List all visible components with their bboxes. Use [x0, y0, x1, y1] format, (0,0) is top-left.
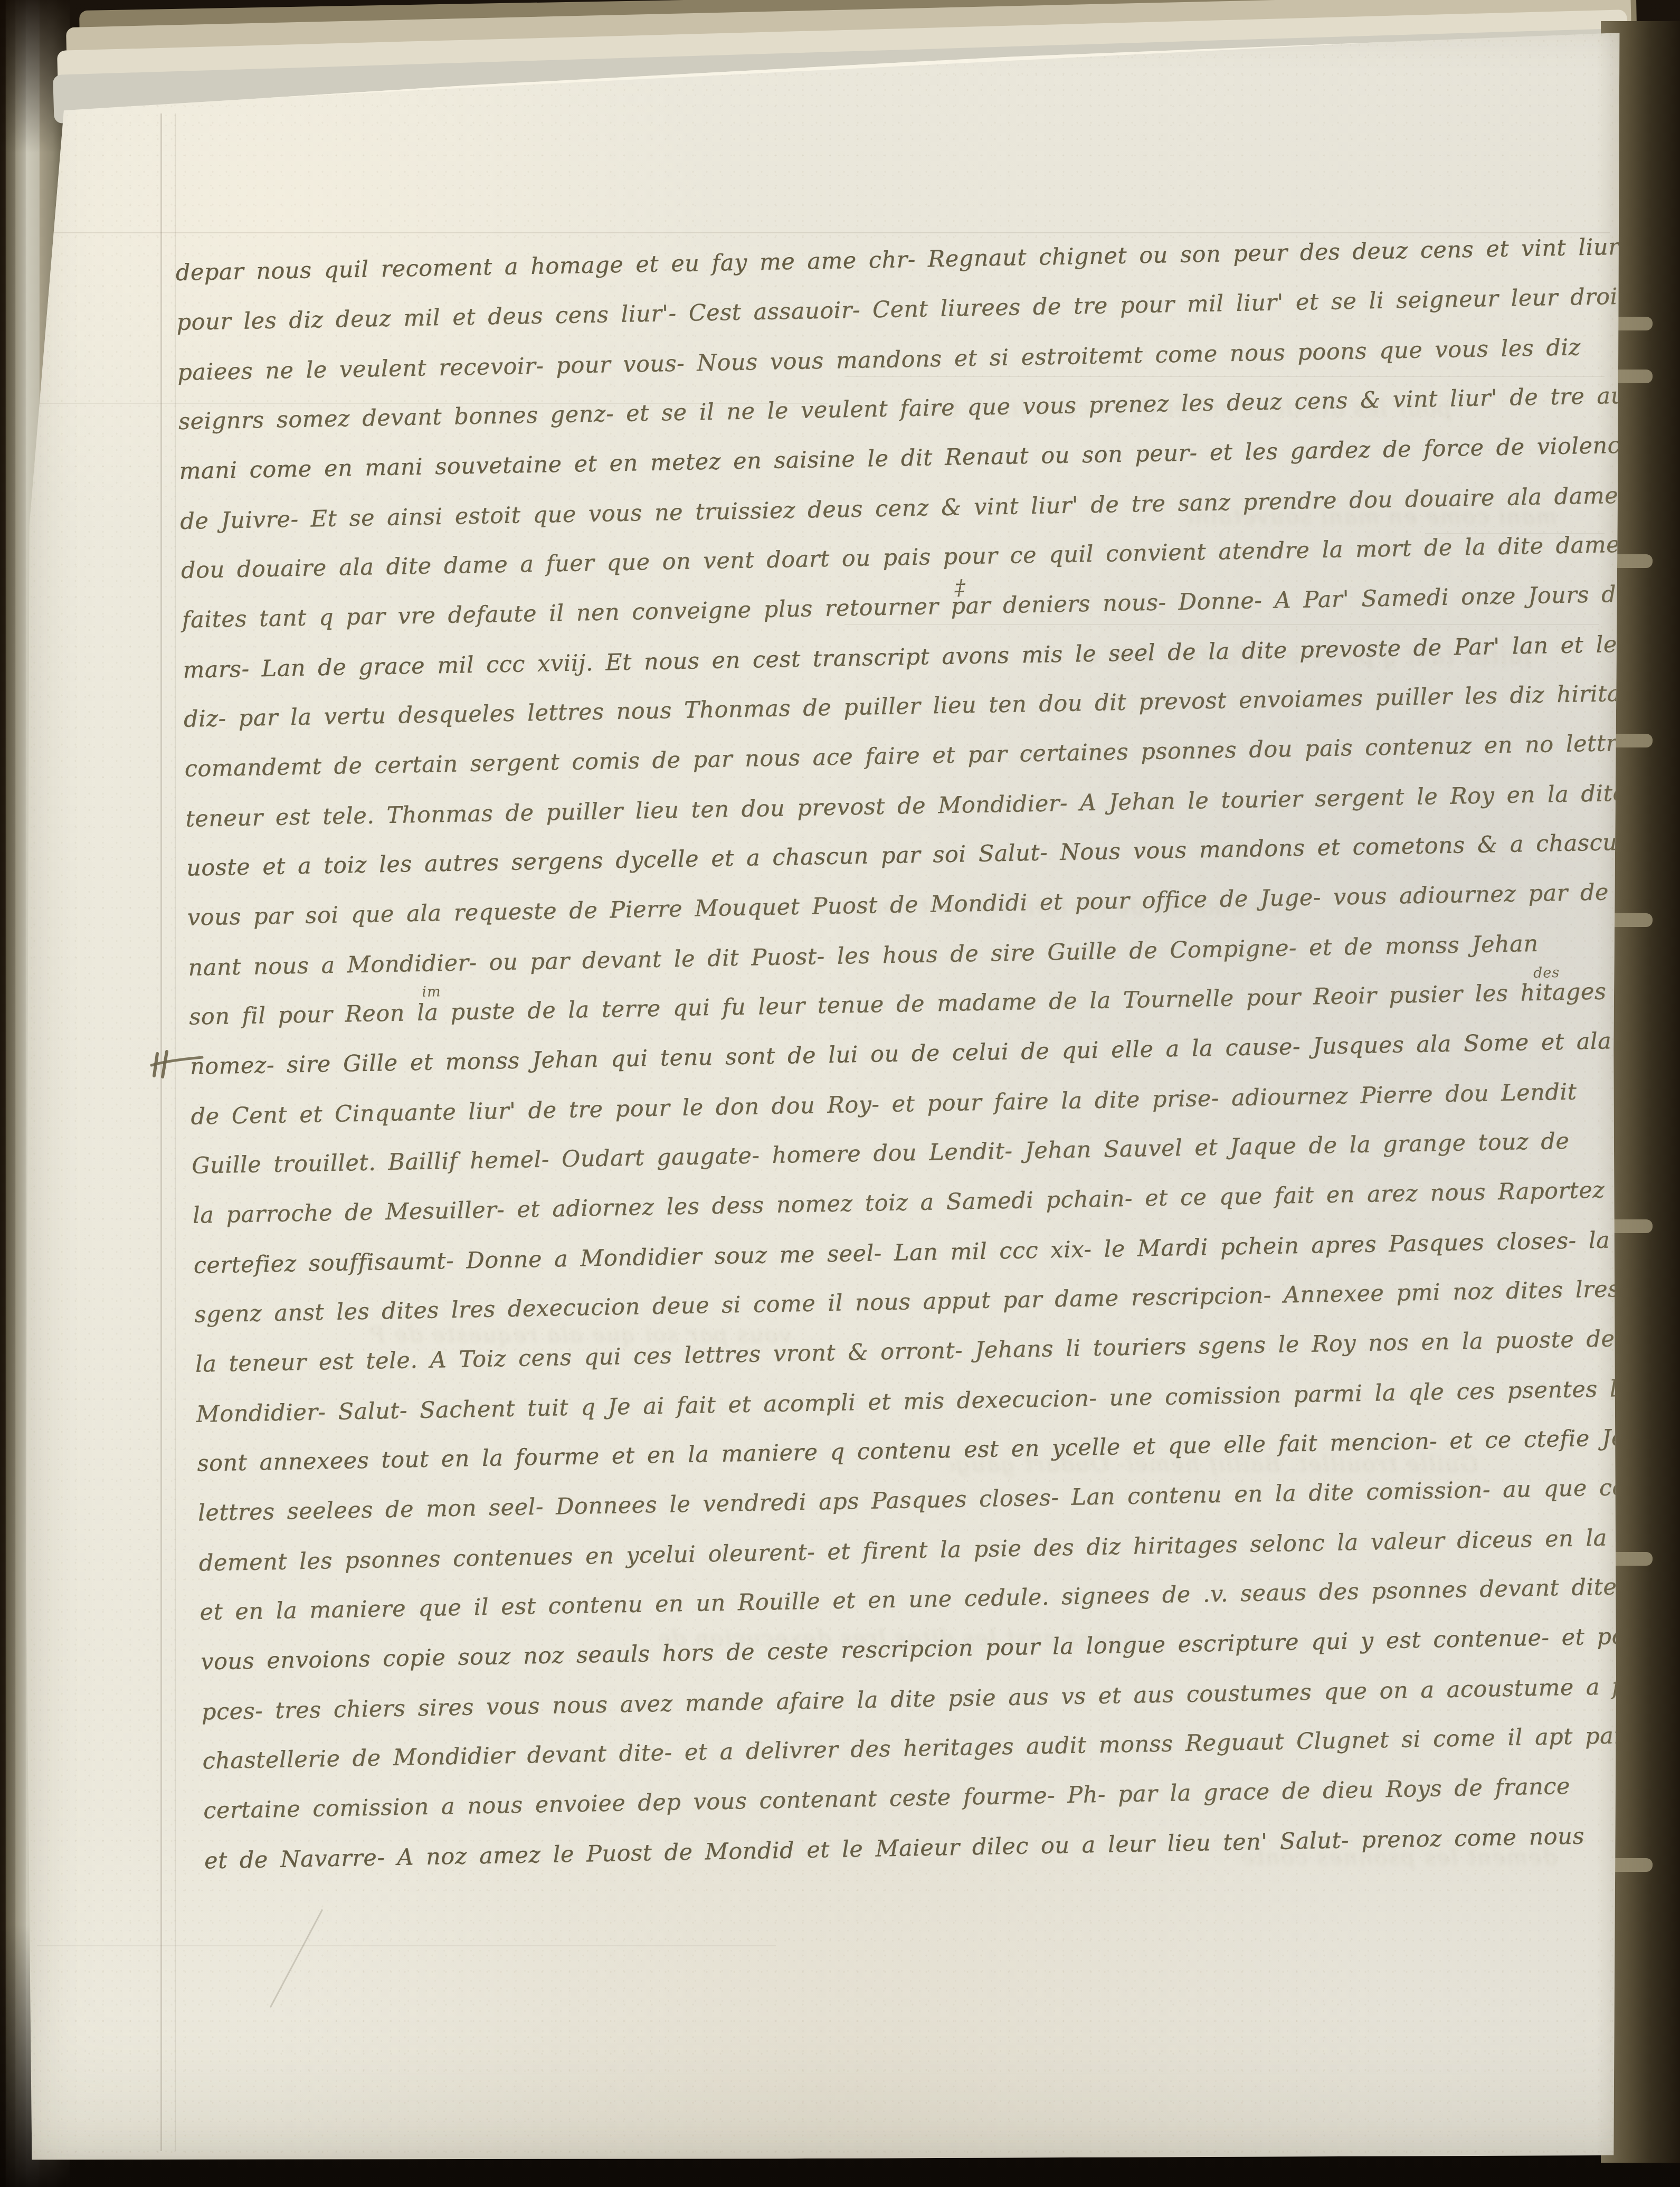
ruling-line-horizontal — [37, 1945, 776, 1946]
manuscript-text-block: ‡ im des depar nous quil recoment a homa… — [175, 223, 1592, 1886]
ruling-line-vertical — [160, 113, 162, 2151]
parchment-crease — [270, 1909, 323, 2008]
manuscript-page: pour les diz deuz mil et deus cens liur'… — [0, 0, 1680, 2187]
ruling-line-vertical — [175, 113, 176, 2151]
photograph-backdrop: pour les diz deuz mil et deus cens liur'… — [0, 0, 1680, 2187]
